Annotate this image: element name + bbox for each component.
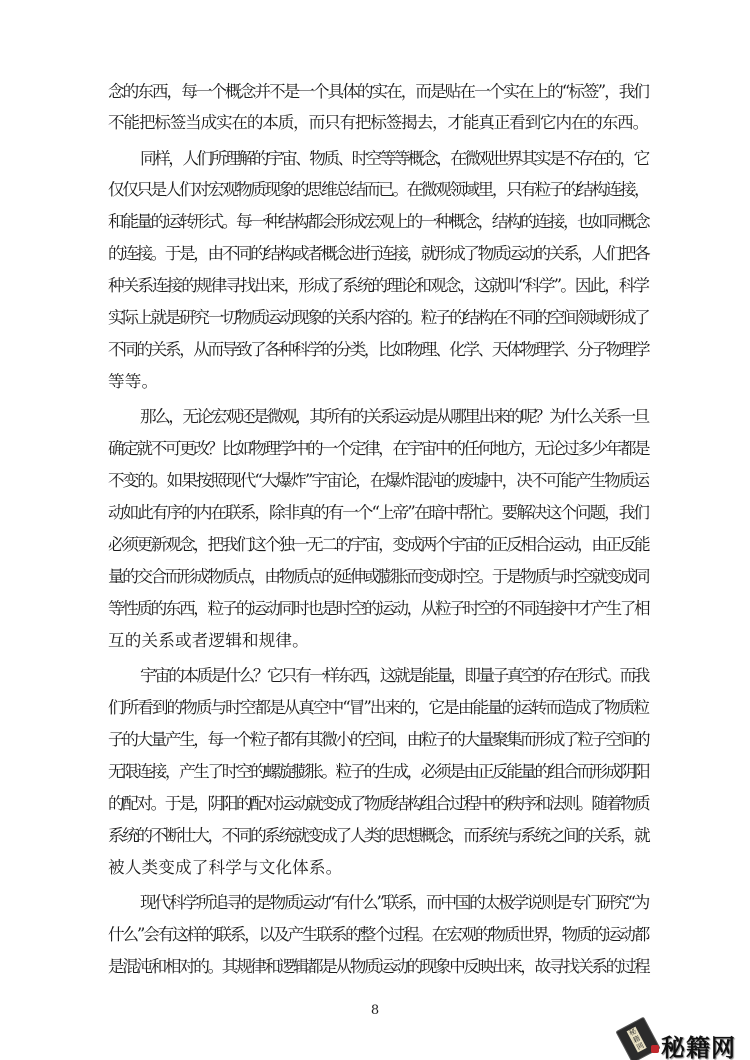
page-number: 8: [0, 1003, 750, 1018]
paragraph-first-line: 宇宙的本质是什么？它只有一样东西，这就是能量，即量子真空的存在形式。而我: [140, 666, 648, 686]
text-line: 子的大量产生，每一个粒子都有其微小的空间，由粒子的大量聚集而形成了粒子空间的: [108, 730, 648, 750]
text-line: 是混沌和相对的。其规律和逻辑都是从物质运动的现象中反映出来，故寻找关系的过程: [108, 957, 648, 977]
text-line: 什么”会有这样的联系，以及产生联系的整个过程。在宏观的物质世界，物质的运动都: [108, 925, 648, 945]
text-line: 被人类变成了科学与文化体系。: [108, 858, 648, 878]
text-line: 系统的不断壮大，不同的系统就变成了人类的思想概念，而系统与系统之间的关系，就: [108, 826, 648, 846]
text-line: 互的关系或者逻辑和规律。: [108, 631, 648, 651]
text-line: 们所看到的物质与时空都是从真空中“冒”出来的，它是由能量的运转而造成了物质粒: [108, 698, 648, 718]
text-line: 必须更新观念，把我们这个独一无二的宇宙，变成两个宇宙的正反相合运动，由正反能: [108, 535, 648, 555]
text-line: 动如此有序的内在联系，除非真的有一个“上帝”在暗中帮忙。要解决这个问题，我们: [108, 503, 648, 523]
text-line: 不能把标签当成实在的本质，而只有把标签揭去，才能真正看到它内在的东西。: [108, 113, 648, 133]
paragraph-first-line: 现代科学所追寻的是物质运动“有什么”联系，而中国的太极学说则是专门研究“为: [140, 893, 648, 913]
text-line: 念的东西，每一个概念并不是一个具体的实在，而是贴在一个实在上的“标签”，我们: [108, 82, 648, 102]
text-line: 无限连接，产生了时空的螺旋膨胀。粒子的生成，必须是由正反能量的组合而形成阴阳: [108, 762, 648, 782]
watermark-text: 秘籍网: [661, 1028, 736, 1060]
text-line: 仅仅只是人们对宏观物质现象的思维总结而已。在微观领域里，只有粒子的结构连接，: [108, 180, 648, 200]
text-line: 等性质的东西，粒子的运动同时也是时空的运动，从粒子时空的不同连接中才产生了相: [108, 599, 648, 619]
seal-icon: [651, 1045, 659, 1053]
text-line: 不变的。如果按照现代“大爆炸”宇宙论，在爆炸混沌的废墟中，决不可能产生物质运: [108, 471, 648, 491]
text-line: 等等。: [108, 372, 648, 392]
book-label: 秘籍网: [627, 1027, 647, 1053]
text-line: 实际上就是研究一切物质运动现象的关系内容的。粒子的结构在不同的空间领域形成了: [108, 308, 648, 328]
paragraph-first-line: 同样，人们所理解的宇宙、物质、时空等等概念，在微观世界其实是不存在的，它: [140, 149, 648, 169]
text-line: 和能量的运转形式。每一种结构都会形成宏观上的一种概念，结构的连接，也如同概念: [108, 212, 648, 232]
watermark-logo: 秘籍网 秘籍网: [622, 1018, 750, 1060]
text-line: 确定就不可更改？比如物理学中的一个定律，在宇宙中的任何地方，无论过多少年都是: [108, 439, 648, 459]
text-line: 量的交合而形成物质点，由物质点的延伸或膨胀而变成时空。于是物质与时空就变成同: [108, 567, 648, 587]
document-page: 念的东西，每一个概念并不是一个具体的实在，而是贴在一个实在上的“标签”，我们不能…: [0, 0, 750, 1060]
text-line: 的配对。于是，阴阳的配对运动就变成了物质结构组合过程中的秩序和法则。随着物质: [108, 794, 648, 814]
text-line: 的连接。于是，由不同的结构或者概念进行连接，就形成了物质运动的关系，人们把各: [108, 244, 648, 264]
paragraph-first-line: 那么，无论宏观还是微观，其所有的关系运动是从哪里出来的呢？为什么关系一旦: [140, 407, 648, 427]
text-line: 不同的关系，从而导致了各种科学的分类，比如物理、化学、天体物理学、分子物理学: [108, 340, 648, 360]
book-icon: 秘籍网: [615, 1017, 660, 1060]
text-line: 种关系连接的规律寻找出来，形成了系统的理论和观念，这就叫“科学”。因此，科学: [108, 276, 648, 296]
